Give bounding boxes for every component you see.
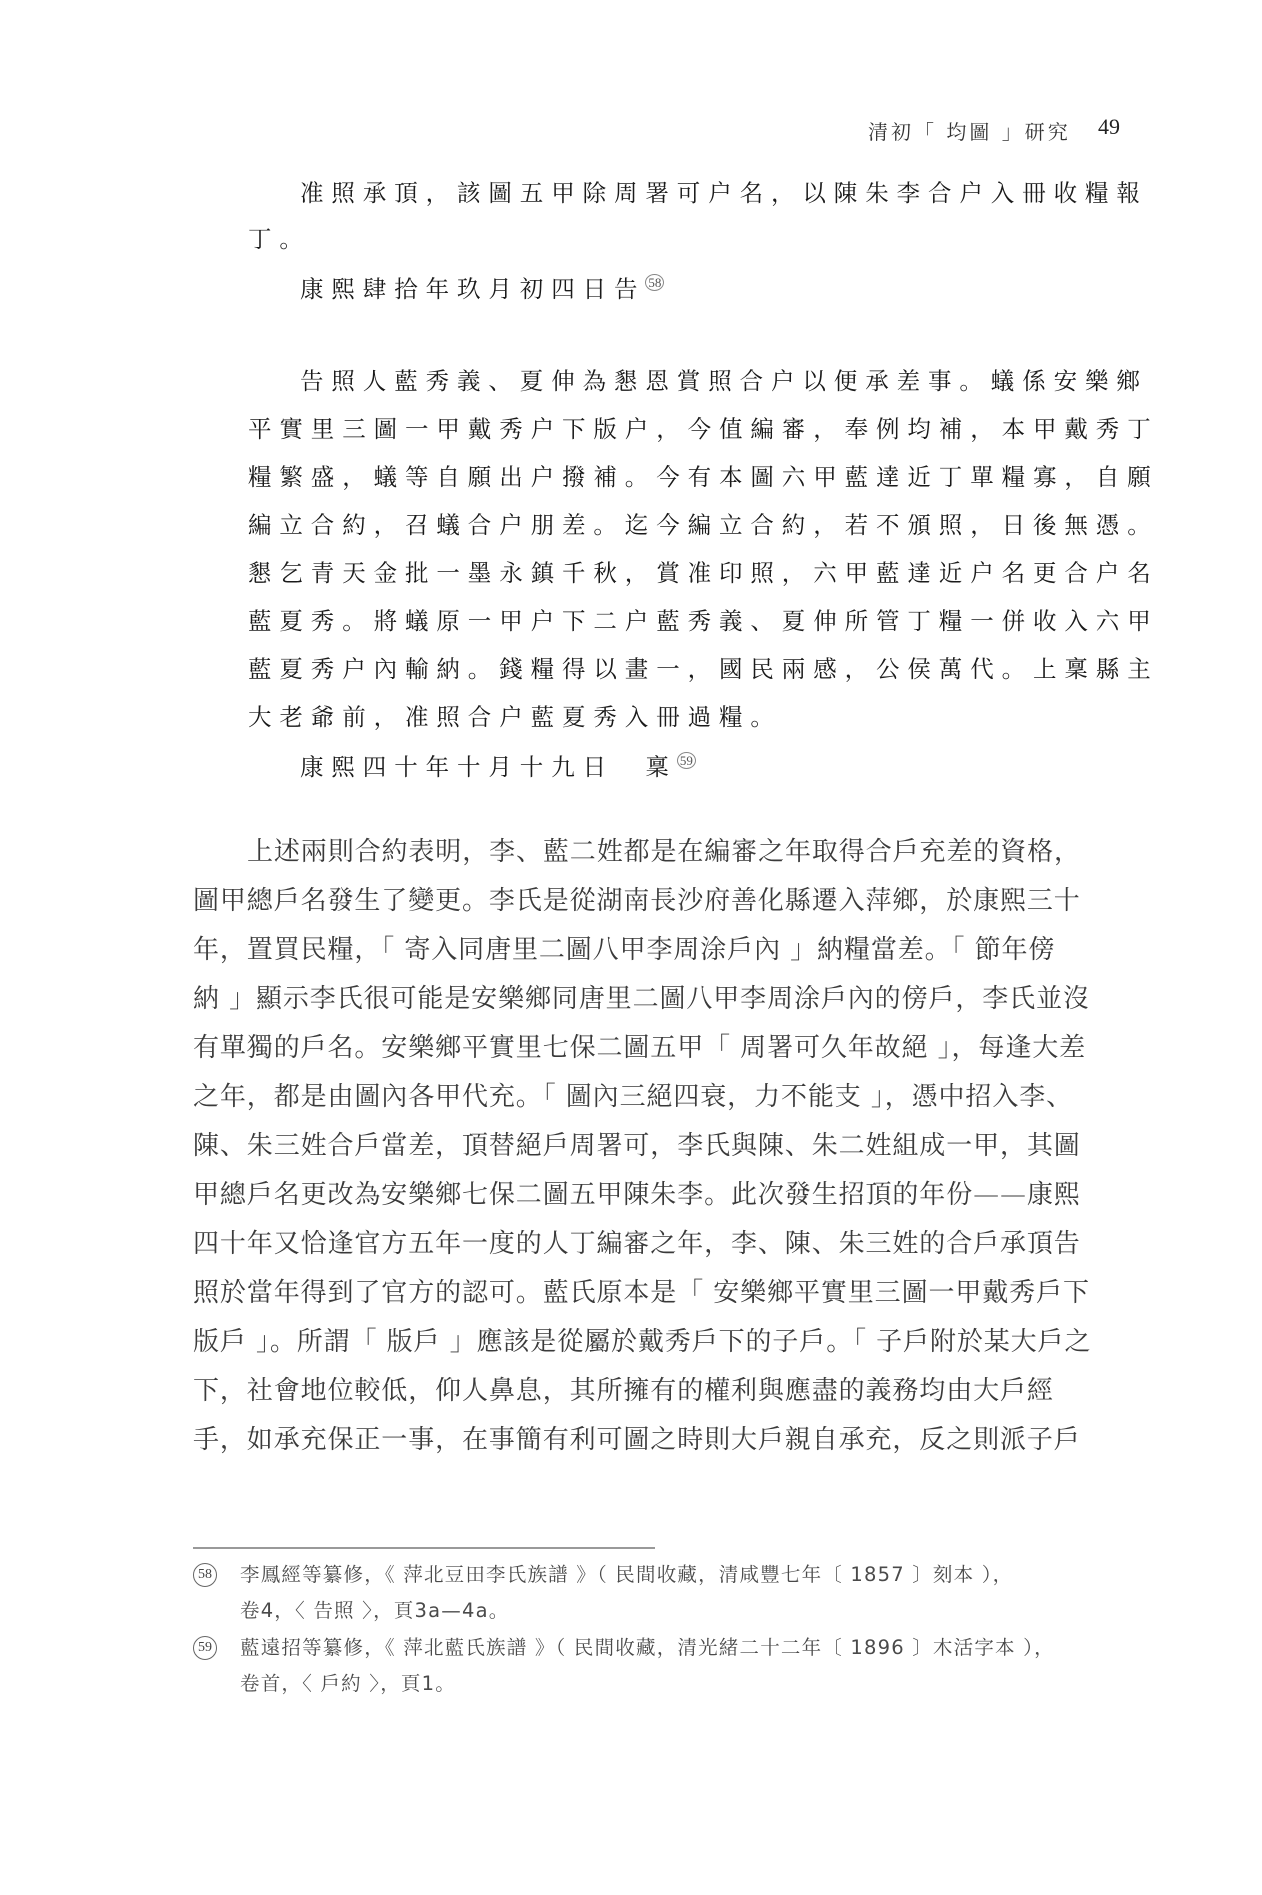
- quote-line: 平實里三圖一甲戴秀户下版户，今值編審，奉例均補，本甲戴秀丁: [248, 414, 1159, 444]
- quote-line: 糧繁盛，蟻等自願出户撥補。今有本圖六甲藍達近丁單糧寡，自願: [248, 462, 1159, 492]
- quote-line: 藍夏秀。將蟻原一甲户下二户藍秀義、夏伸所管丁糧一併收入六甲: [248, 606, 1159, 636]
- quote-line: 大老爺前，准照合户藍夏秀入冊過糧。: [248, 702, 782, 732]
- footnote-line: 卷4，〈 告照 〉，頁3a—4a。: [240, 1598, 509, 1624]
- body-line: 年，置買民糧，「 寄入同唐里二圖八甲李周涂戶內 」納糧當差。「 節年傍: [193, 934, 1055, 966]
- quote-line: 丁。: [248, 224, 311, 254]
- footnote-ref-58[interactable]: 58: [645, 274, 664, 291]
- body-line: 之年，都是由圖內各甲代充。「 圖內三絕四衰，力不能支 」，憑中招入李、: [193, 1081, 1073, 1113]
- quote-line: 藍夏秀户內輸納。錢糧得以畫一，國民兩感，公侯萬代。上稟縣主: [248, 654, 1159, 684]
- date-text: 康熙四十年十月十九日 稟: [300, 753, 677, 781]
- quote-line: 准照承頂，該圖五甲除周署可户名，以陳朱李合户入冊收糧報: [300, 178, 1148, 208]
- page-number: 49: [1098, 114, 1120, 140]
- body-line: 照於當年得到了官方的認可。藍氏原本是「 安樂鄉平實里三圖一甲戴秀戶下: [193, 1277, 1090, 1309]
- body-line: 圖甲總戶名發生了變更。李氏是從湖南長沙府善化縣遷入萍鄉，於康熙三十: [193, 885, 1081, 917]
- body-line: 上述兩則合約表明，李、藍二姓都是在編審之年取得合戶充差的資格，: [247, 836, 1081, 868]
- footnote-number: 58: [193, 1563, 217, 1587]
- footnote-separator: [193, 1547, 655, 1549]
- body-line: 陳、朱三姓合戶當差，頂替絕戶周署可，李氏與陳、朱二姓組成一甲，其圖: [193, 1130, 1081, 1162]
- footnote-ref-59[interactable]: 59: [677, 752, 696, 769]
- quote-line: 告照人藍秀義、夏伸為懇恩賞照合户以便承差事。蟻係安樂鄉: [300, 366, 1148, 396]
- body-line: 四十年又恰逢官方五年一度的人丁編審之年，李、陳、朱三姓的合戶承頂告: [193, 1228, 1081, 1260]
- quote-line: 懇乞青天金批一墨永鎮千秋，賞准印照，六甲藍達近户名更合户名: [248, 558, 1159, 588]
- footnote-line: 藍遠招等纂修，《 萍北藍氏族譜 》（ 民間收藏，清光緒二十二年〔 1896 〕木…: [240, 1635, 1055, 1661]
- date-text: 康熙肆拾年玖月初四日告: [300, 275, 645, 303]
- quote-date-line: 康熙四十年十月十九日 稟59: [300, 746, 696, 782]
- footnote-number: 59: [193, 1636, 217, 1660]
- quote-date-line: 康熙肆拾年玖月初四日告58: [300, 268, 664, 304]
- footnote-line: 卷首，〈 戶約 〉，頁1。: [240, 1671, 456, 1697]
- quote-line: 編立合約，召蟻合户朋差。迄今編立合約，若不頒照，日後無憑。: [248, 510, 1159, 540]
- running-title: 清初「 均圖 」研究: [868, 116, 1071, 145]
- body-line: 甲總戶名更改為安樂鄉七保二圖五甲陳朱李。此次發生招頂的年份——康熙: [193, 1179, 1081, 1211]
- body-line: 納 」顯示李氏很可能是安樂鄉同唐里二圖八甲李周涂戶內的傍戶，李氏並沒: [193, 983, 1090, 1015]
- body-line: 有單獨的戶名。安樂鄉平實里七保二圖五甲「 周署可久年故絕 」，每逢大差: [193, 1032, 1086, 1064]
- body-line: 版戶 」。所謂「 版戶 」應該是從屬於戴秀戶下的子戶。「 子戶附於某大戶之: [193, 1326, 1091, 1358]
- footnote-line: 李鳳經等纂修，《 萍北豆田李氏族譜 》（ 民間收藏，清咸豐七年〔 1857 〕刻…: [240, 1562, 1013, 1588]
- body-line: 下，社會地位較低，仰人鼻息，其所擁有的權利與應盡的義務均由大戶經: [193, 1375, 1054, 1407]
- body-line: 手，如承充保正一事，在事簡有利可圖之時則大戶親自承充，反之則派子戶: [193, 1424, 1081, 1456]
